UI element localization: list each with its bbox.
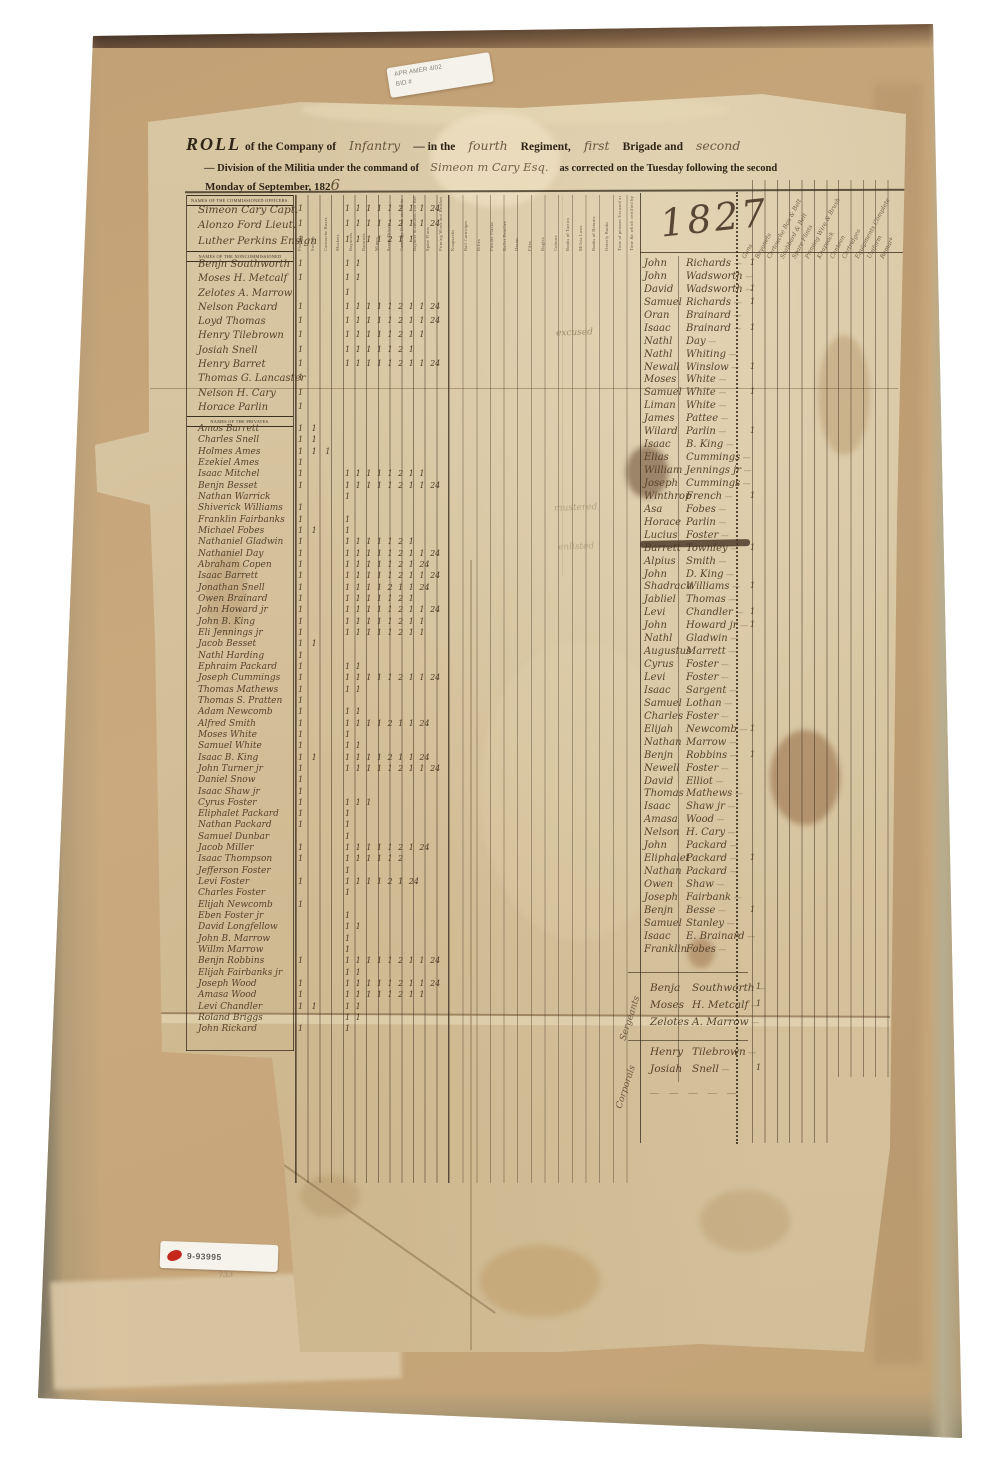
tally-marks: 1 bbox=[750, 323, 755, 332]
soldier-first-name: David bbox=[644, 776, 673, 787]
column-header: Cartridges bbox=[842, 168, 855, 262]
roster-row: John D. King bbox=[644, 569, 924, 582]
soldier-first-name: Moses bbox=[644, 374, 676, 385]
case-bottom-edge bbox=[38, 1390, 962, 1438]
margin-note: mustered bbox=[554, 502, 598, 514]
tally-marks: 1 1 1 1 2 1 1 bbox=[345, 235, 457, 244]
soldier-first-name: Moses bbox=[650, 999, 684, 1011]
tally-marks: 1 bbox=[345, 866, 457, 875]
soldier-surname: Cummings bbox=[686, 452, 751, 463]
soldier-name: Nathaniel Gladwin bbox=[198, 537, 283, 547]
soldier-surname: White bbox=[686, 387, 726, 398]
soldier-name: Jacob Besset bbox=[198, 639, 256, 649]
roster-row: Isaac B. King bbox=[644, 439, 924, 452]
soldier-name: John Howard jr bbox=[198, 605, 268, 615]
tally-marks: 1 bbox=[298, 219, 346, 228]
tally-marks: 1 1 1 1 1 2 1 1 24 bbox=[345, 481, 457, 490]
tally-marks: 1 bbox=[298, 359, 346, 368]
roster-row: Winthrop French 1 bbox=[644, 491, 924, 504]
soldier-surname: Packard bbox=[686, 866, 738, 877]
soldier-first-name: Horace bbox=[644, 517, 681, 528]
soldier-name: Thomas Mathews bbox=[198, 685, 278, 695]
tally-marks: 1 bbox=[298, 685, 346, 694]
tally-marks: 1 bbox=[298, 673, 346, 682]
tally-marks: 1 1 1 1 2 1 1 24 bbox=[345, 583, 457, 592]
sergeants-1827-roster: Benja Southworth 1 Moses H. Metcalf 1 Ze… bbox=[650, 982, 890, 1033]
soldier-first-name: Levi bbox=[644, 607, 665, 618]
case-left-edge bbox=[38, 24, 102, 1438]
roster-row: Oran Brainard bbox=[644, 310, 924, 323]
soldier-surname: Elliot bbox=[686, 776, 723, 787]
tally-marks: 1 1 1 1 1 2 1 1 24 bbox=[345, 549, 457, 558]
tally-marks: 1 bbox=[298, 515, 346, 524]
tally-marks: 1 bbox=[756, 982, 761, 991]
tally-marks: 1 bbox=[298, 388, 346, 397]
column-header: Remarks bbox=[880, 168, 893, 262]
roster-row: Shadrach Williams 1 bbox=[644, 581, 924, 594]
tally-marks: 1 bbox=[298, 503, 346, 512]
tally-marks: 1 bbox=[298, 316, 346, 325]
tally-marks: 1 bbox=[298, 402, 346, 411]
soldier-surname: D. King bbox=[686, 569, 734, 580]
soldier-name: Isaac Thompson bbox=[198, 854, 272, 864]
tally-marks: 1 1 bbox=[345, 922, 457, 931]
soldier-name: Samuel White bbox=[198, 741, 262, 751]
soldier-first-name: Alpius bbox=[644, 556, 676, 567]
corporals-rotated-label: Corporals bbox=[614, 1064, 637, 1110]
roster-row: Charles Foster bbox=[644, 711, 924, 724]
soldier-name: Samuel Dunbar bbox=[198, 832, 269, 842]
soldier-first-name: Levi bbox=[644, 672, 665, 683]
tally-marks: 1 bbox=[750, 620, 755, 629]
tally-marks: 1 bbox=[756, 1063, 761, 1072]
roster-row: Benjn Robbins 1 1 1 1 1 1 2 1 1 24 bbox=[198, 956, 778, 967]
soldier-name: David Longfellow bbox=[198, 922, 278, 932]
soldier-first-name: Joseph bbox=[644, 478, 678, 489]
soldier-name: Eli Jennings jr bbox=[198, 628, 263, 638]
roster-row: Jabliel Thomas bbox=[644, 594, 924, 607]
tally-marks: 1 1 bbox=[345, 968, 457, 977]
soldier-surname: Wadsworth bbox=[686, 271, 753, 282]
tally-marks: 1 bbox=[298, 537, 346, 546]
soldier-surname: Whiting bbox=[686, 349, 737, 360]
soldier-surname: Day bbox=[686, 336, 716, 347]
soldier-name: Jefferson Foster bbox=[198, 866, 271, 876]
soldier-first-name: Nathan bbox=[644, 737, 682, 748]
soldier-name: Adam Newcomb bbox=[198, 707, 273, 717]
roster-row: Samuel White 1 bbox=[644, 387, 924, 400]
handwritten-division-num: second bbox=[696, 138, 740, 153]
tally-marks: 1 bbox=[345, 1024, 457, 1033]
roster-row: Wilard Parlin 1 bbox=[644, 426, 924, 439]
soldier-first-name: Benjn bbox=[644, 750, 673, 761]
tally-marks: 1 1 1 1 1 2 1 1 24 bbox=[345, 673, 457, 682]
tally-marks: 1 bbox=[298, 764, 346, 773]
tally-marks: 1 bbox=[298, 345, 346, 354]
tally-marks: 1 1 bbox=[345, 707, 457, 716]
tally-marks: 1 bbox=[298, 730, 346, 739]
roster-row: Levi Chandler 1 bbox=[644, 607, 924, 620]
soldier-surname: Foster bbox=[686, 659, 729, 670]
roster-row: Eliphalet Packard 1 bbox=[644, 853, 924, 866]
tally-marks: 1 bbox=[298, 696, 346, 705]
roster-row: Nathl Day bbox=[644, 336, 924, 349]
soldier-surname: H. Cary bbox=[686, 827, 736, 838]
soldier-surname: Wadsworth bbox=[686, 284, 753, 295]
tally-marks: 1 1 1 1 1 2 1 24 bbox=[345, 560, 457, 569]
soldier-surname: Thomas bbox=[686, 594, 736, 605]
soldier-surname: White bbox=[686, 400, 726, 411]
soldier-first-name: Samuel bbox=[644, 918, 682, 929]
roster-row: Moses H. Metcalf 1 bbox=[650, 999, 890, 1016]
tally-marks: 1 bbox=[750, 284, 755, 293]
soldier-name: Charles Snell bbox=[198, 435, 259, 445]
soldier-surname: Gladwin bbox=[686, 633, 738, 644]
soldier-name: Moses White bbox=[198, 730, 257, 740]
soldier-name: Zelotes A. Marrow bbox=[198, 288, 292, 299]
soldier-name: Thomas S. Pratten bbox=[198, 696, 282, 706]
names-box-left-rule bbox=[186, 195, 187, 1051]
tally-marks: 1 bbox=[345, 492, 457, 501]
soldier-first-name: David bbox=[644, 284, 673, 295]
soldier-surname: Mathews bbox=[686, 788, 743, 799]
roster-row: William Jennings jr bbox=[644, 465, 924, 478]
soldier-name: Jonathan Snell bbox=[198, 583, 265, 593]
tally-marks: 1 bbox=[750, 297, 755, 306]
tally-marks: 1 1 1 1 2 1 24 bbox=[345, 877, 457, 886]
tally-marks: 1 1 1 bbox=[345, 798, 457, 807]
roster-row: David Elliot bbox=[644, 776, 924, 789]
soldier-name: Elijah Fairbanks jr bbox=[198, 968, 282, 978]
tally-marks: 1 1 bbox=[345, 1013, 457, 1022]
soldier-surname: Parlin bbox=[686, 517, 726, 528]
column-header: Equipments Complete bbox=[855, 168, 868, 262]
tally-marks: 1 bbox=[298, 458, 346, 467]
soldier-surname: Foster bbox=[686, 763, 729, 774]
soldier-first-name: Asa bbox=[644, 504, 662, 515]
soldier-surname: Marrow bbox=[686, 737, 737, 748]
tally-marks: 1 bbox=[298, 662, 346, 671]
roster-row: Asa Fobes bbox=[644, 504, 924, 517]
soldier-name: Nathan Warrick bbox=[198, 492, 271, 502]
roster-row: John Howard jr 1 bbox=[644, 620, 924, 633]
soldier-first-name: Newall bbox=[644, 362, 680, 373]
soldier-surname: Stanley bbox=[686, 918, 735, 929]
soldier-name: Isaac Barrett bbox=[198, 571, 258, 581]
roster-row: Levi Foster bbox=[644, 672, 924, 685]
tally-marks: 1 bbox=[750, 724, 755, 733]
soldier-surname: Shaw bbox=[686, 879, 724, 890]
tally-marks: 1 1 1 bbox=[298, 447, 346, 456]
tally-marks: 1 bbox=[298, 707, 346, 716]
tally-marks: 1 bbox=[298, 900, 346, 909]
roster-row: Josiah Snell 1 bbox=[650, 1063, 890, 1080]
soldier-surname: Richards bbox=[686, 258, 742, 269]
inventory-label: 9-93995 bbox=[160, 1241, 279, 1272]
tally-marks: 1 1 bbox=[298, 435, 346, 444]
title-roll-word: ROLL bbox=[186, 134, 241, 154]
soldier-surname: Smith bbox=[686, 556, 727, 567]
soldier-first-name: Zelotes bbox=[650, 1016, 689, 1028]
tally-marks: 1 1 bbox=[298, 753, 346, 762]
soldier-surname: A. Marrow bbox=[692, 1016, 759, 1028]
stain bbox=[700, 1190, 790, 1252]
soldier-surname: Fobes bbox=[686, 504, 726, 515]
soldier-first-name: Amasa bbox=[644, 814, 678, 825]
auction-photo: ROLL of the Company of Infantry — in the… bbox=[0, 0, 1000, 1464]
soldier-name: Franklin Fairbanks bbox=[198, 515, 285, 525]
soldier-name: Horace Parlin bbox=[198, 402, 268, 413]
tally-marks: 1 bbox=[298, 877, 346, 886]
soldier-first-name: Newell bbox=[644, 763, 680, 774]
roster-row: John Packard bbox=[644, 840, 924, 853]
tally-marks: 1 bbox=[298, 235, 346, 244]
soldier-surname: Southworth bbox=[692, 982, 765, 994]
soldier-name: Amasa Wood bbox=[198, 990, 256, 1000]
soldier-surname: H. Metcalf bbox=[692, 999, 759, 1011]
soldier-first-name: Nelson bbox=[644, 827, 679, 838]
rank-sidebar-label: Corporals bbox=[177, 0, 183, 6]
tally-marks: 1 bbox=[345, 911, 457, 920]
roster-row: Thomas Mathews bbox=[644, 788, 924, 801]
tally-marks: 1 1 bbox=[345, 662, 457, 671]
tally-marks: 1 bbox=[750, 258, 755, 267]
soldier-first-name: John bbox=[644, 840, 667, 851]
roster-row: Isaac Brainard 1 bbox=[644, 323, 924, 336]
soldier-name: Alonzo Ford Lieut. bbox=[198, 219, 296, 231]
tally-marks: 1 1 1 1 1 2 1 1 bbox=[345, 469, 457, 478]
tally-marks: 1 bbox=[345, 515, 457, 524]
tally-marks: 1 1 1 1 1 2 1 1 24 bbox=[345, 359, 457, 368]
soldier-name: Abraham Copen bbox=[198, 560, 272, 570]
soldier-first-name: James bbox=[644, 413, 675, 424]
tally-marks: 1 bbox=[298, 549, 346, 558]
tally-marks: 1 bbox=[298, 820, 346, 829]
roster-row: Henry Tilebrown bbox=[650, 1046, 890, 1063]
soldier-first-name: Lucius bbox=[644, 530, 677, 541]
tally-marks: 1 1 1 1 1 2 1 bbox=[345, 594, 457, 603]
tally-marks: 1 1 1 1 1 2 1 1 24 bbox=[345, 605, 457, 614]
tally-marks: 1 bbox=[298, 854, 346, 863]
tally-marks: 1 bbox=[750, 491, 755, 500]
roster-row: Samuel Lothan bbox=[644, 698, 924, 711]
soldier-surname: B. King bbox=[686, 439, 734, 450]
soldier-first-name: Jabliel bbox=[644, 594, 676, 605]
tally-marks: 1 1 1 1 1 2 1 bbox=[345, 345, 457, 354]
tally-marks: 1 1 bbox=[345, 259, 457, 268]
tally-marks: 1 1 bbox=[345, 1002, 457, 1011]
soldier-name: Isaac Mitchel bbox=[198, 469, 260, 479]
tally-marks: 1 bbox=[298, 469, 346, 478]
tally-marks: 1 bbox=[750, 905, 755, 914]
soldier-first-name: Samuel bbox=[644, 698, 682, 709]
column-header: Priming Wire & Brush bbox=[805, 168, 818, 262]
tally-marks: 1 bbox=[750, 387, 755, 396]
tally-marks: 1 1 1 1 1 2 1 1 bbox=[345, 990, 457, 999]
soldier-first-name: Josiah bbox=[650, 1063, 682, 1075]
tally-marks: 1 bbox=[298, 798, 346, 807]
soldier-first-name: Isaac bbox=[644, 685, 671, 696]
tally-marks: 1 bbox=[298, 605, 346, 614]
tally-marks: 1 bbox=[298, 373, 346, 382]
soldier-name: Alfred Smith bbox=[198, 719, 256, 729]
case-top-edge bbox=[38, 24, 962, 48]
soldier-first-name: Winthrop bbox=[644, 491, 691, 502]
soldier-first-name: Eliphalet bbox=[644, 853, 690, 864]
tally-marks: 1 1 1 1 1 2 1 1 bbox=[345, 628, 457, 637]
margin-note: enlisted bbox=[558, 541, 595, 552]
margin-note: excused bbox=[556, 327, 593, 338]
tally-marks: 1 bbox=[298, 594, 346, 603]
roster-row: Augustus Marrett bbox=[644, 646, 924, 659]
tally-marks: 1 bbox=[756, 999, 761, 1008]
soldier-name: Nelson H. Cary bbox=[198, 388, 276, 399]
soldier-name: Willm Marrow bbox=[198, 945, 263, 955]
roster-row: Nelson H. Cary bbox=[644, 827, 924, 840]
soldier-name: Elijah Newcomb bbox=[198, 900, 273, 910]
tally-marks: 1 bbox=[298, 571, 346, 580]
soldier-surname: Robbins bbox=[686, 750, 738, 761]
tally-marks: 1 bbox=[298, 979, 346, 988]
roster-row: Liman White bbox=[644, 400, 924, 413]
soldier-first-name: Charles bbox=[644, 711, 683, 722]
pencil-note: 733 bbox=[218, 1269, 234, 1280]
soldier-surname: Williams bbox=[686, 581, 740, 592]
soldier-first-name: Nathl bbox=[644, 336, 672, 347]
soldier-name: Benjn Besset bbox=[198, 481, 257, 491]
tally-marks: 1 1 bbox=[298, 1002, 346, 1011]
roster-row: Joseph Cummings bbox=[644, 478, 924, 491]
soldier-surname: Winslow bbox=[686, 362, 739, 373]
tally-marks: 1 1 1 1 1 2 1 1 24 bbox=[345, 316, 457, 325]
soldier-first-name: Thomas bbox=[644, 788, 684, 799]
column-header: Knapsack bbox=[817, 168, 830, 262]
tally-marks: 1 1 1 1 1 2 bbox=[345, 854, 457, 863]
roster-row: John Richards 1 bbox=[644, 258, 924, 271]
tally-marks: 1 1 1 1 1 2 1 bbox=[345, 537, 457, 546]
soldier-name: Jacob Miller bbox=[198, 843, 254, 853]
soldier-name: Nelson Packard bbox=[198, 302, 278, 313]
soldier-first-name: Oran bbox=[644, 310, 669, 321]
soldier-first-name: Henry bbox=[650, 1046, 683, 1058]
soldier-surname: Brainard bbox=[686, 310, 741, 321]
soldier-name: John B. King bbox=[198, 617, 255, 627]
tally-marks: 1 1 1 1 1 2 1 1 24 bbox=[345, 979, 457, 988]
soldier-name: Joseph Wood bbox=[198, 979, 257, 989]
roster-row: Nathl Whiting bbox=[644, 349, 924, 362]
roster-row: Joseph Fairbank bbox=[644, 892, 924, 905]
soldier-name: Joseph Cummings bbox=[198, 673, 280, 683]
roster-row: Zelotes A. Marrow bbox=[650, 1016, 890, 1033]
roster-row: Nathl Gladwin bbox=[644, 633, 924, 646]
tally-marks: 1 bbox=[298, 330, 346, 339]
soldier-surname: Lothan bbox=[686, 698, 732, 709]
soldier-surname: Chandler bbox=[686, 607, 743, 618]
soldier-name: Nathan Packard bbox=[198, 820, 272, 830]
soldier-first-name: John bbox=[644, 258, 667, 269]
tally-marks: 1 bbox=[345, 809, 457, 818]
tally-marks: 1 bbox=[345, 945, 457, 954]
roster-row: Newell Foster bbox=[644, 763, 924, 776]
tally-marks: 1 bbox=[298, 719, 346, 728]
soldier-name: Thomas G. Lancaster bbox=[198, 373, 305, 384]
soldier-first-name: Augustus bbox=[644, 646, 691, 657]
soldier-name: Daniel Snow bbox=[198, 775, 255, 785]
dash-marks: — — — — — bbox=[650, 1088, 740, 1098]
soldier-name: John Rickard bbox=[198, 1024, 257, 1034]
soldier-surname: Brainard bbox=[686, 323, 741, 334]
soldier-name: John B. Marrow bbox=[198, 934, 270, 944]
roster-row: Nathan Marrow bbox=[644, 737, 924, 750]
soldier-name: Holmes Ames bbox=[198, 447, 260, 457]
soldier-name: Michael Fobes bbox=[198, 526, 264, 536]
soldier-name: John Turner jr bbox=[198, 764, 263, 774]
soldier-name: Benjn Robbins bbox=[198, 956, 264, 966]
tally-marks: 1 bbox=[298, 843, 346, 852]
soldier-first-name: Liman bbox=[644, 400, 676, 411]
title-line-1: ROLL of the Company of Infantry — in the… bbox=[186, 134, 946, 155]
tally-marks: 1 1 1 1 1 2 1 1 bbox=[345, 617, 457, 626]
tally-marks: 1 1 1 1 1 2 1 1 24 bbox=[345, 956, 457, 965]
soldier-surname: E. Brainard bbox=[686, 931, 755, 942]
tally-marks: 1 bbox=[298, 1024, 346, 1033]
soldier-surname: Sargent bbox=[686, 685, 737, 696]
soldier-first-name: Isaac bbox=[644, 801, 671, 812]
tally-marks: 1 1 bbox=[298, 526, 346, 535]
corporals-1827-roster: Henry Tilebrown Josiah Snell 1 bbox=[650, 1046, 890, 1080]
roster-row: Samuel Stanley bbox=[644, 918, 924, 931]
handwritten-regiment: fourth bbox=[468, 138, 507, 153]
soldier-surname: Packard bbox=[686, 853, 738, 864]
soldier-surname: Newcomb bbox=[686, 724, 747, 735]
soldier-first-name: Isaac bbox=[644, 323, 671, 334]
roster-row: Newall Winslow 1 bbox=[644, 362, 924, 375]
soldier-name: Henry Tilebrown bbox=[198, 330, 284, 341]
tally-marks: 1 bbox=[298, 741, 346, 750]
soldier-surname: White bbox=[686, 374, 726, 385]
tally-marks: 1 bbox=[298, 956, 346, 965]
rank-sidebar-label: Privates bbox=[177, 0, 183, 6]
soldier-first-name: John bbox=[644, 569, 667, 580]
column-header: Scabbard & Belt bbox=[780, 168, 793, 262]
rank-sidebar-label: Serjeants bbox=[177, 0, 183, 6]
tally-marks: 1 bbox=[298, 628, 346, 637]
tally-marks: 1 bbox=[298, 651, 346, 660]
soldier-name: Cyrus Foster bbox=[198, 798, 257, 808]
soldier-surname: Foster bbox=[686, 711, 729, 722]
group-rule bbox=[628, 1040, 748, 1041]
soldier-name: Levi Chandler bbox=[198, 1002, 262, 1012]
roster-row: Benjn Robbins 1 bbox=[644, 750, 924, 763]
roster-row: Moses White bbox=[644, 374, 924, 387]
handwritten-commander: Simeon m Cary Esq. bbox=[430, 160, 548, 174]
roster-row: Benjn Besse 1 bbox=[644, 905, 924, 918]
roster-row: Nathan Packard bbox=[644, 866, 924, 879]
tally-marks: 1 bbox=[298, 560, 346, 569]
roster-row: Alpius Smith bbox=[644, 556, 924, 569]
soldier-surname: Parlin bbox=[686, 426, 726, 437]
tally-marks: 1 1 1 1 1 2 1 1 24 bbox=[345, 764, 457, 773]
tally-marks: 1 bbox=[298, 302, 346, 311]
tally-marks: 1 bbox=[298, 787, 346, 796]
tally-marks: 1 1 1 1 1 2 1 1 24 bbox=[345, 302, 457, 311]
soldier-surname: Packard bbox=[686, 840, 738, 851]
tally-marks: 1 1 1 1 1 2 1 1 bbox=[345, 330, 457, 339]
soldier-name: Nathaniel Day bbox=[198, 549, 263, 559]
roster-row: Franklin Fobes bbox=[644, 944, 924, 957]
tally-marks: 1 bbox=[298, 259, 346, 268]
roster-row: Cyrus Foster bbox=[644, 659, 924, 672]
